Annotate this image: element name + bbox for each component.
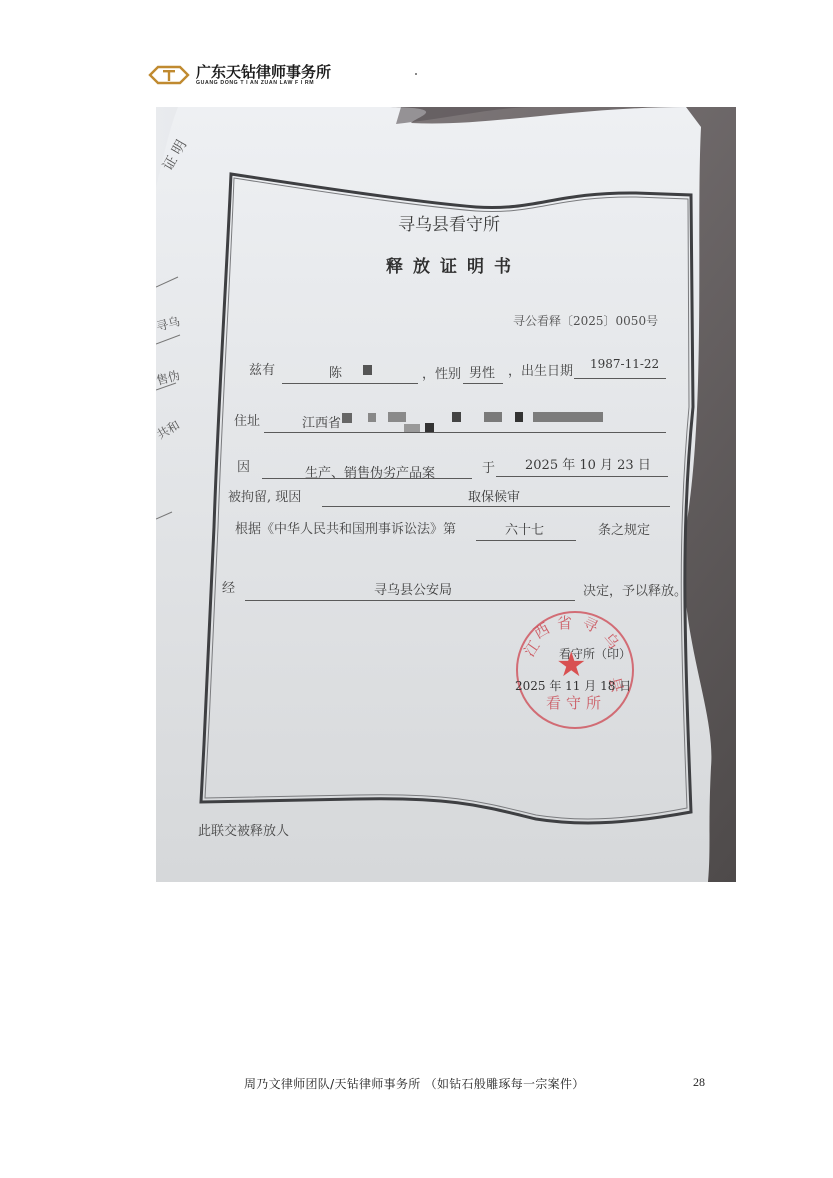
certificate-issuer: 寻乌县看守所 <box>398 210 500 235</box>
redaction-block <box>515 412 523 422</box>
birth-label: ，出生日期 <box>508 360 573 379</box>
authority-underline <box>245 600 575 601</box>
date-underline <box>496 476 668 477</box>
tianzuan-diamond-logo-icon <box>148 64 190 86</box>
name-value: 陈 <box>329 362 342 381</box>
reason-label: 因 <box>237 456 250 475</box>
law-suffix: 条之规定 <box>598 519 650 538</box>
redaction-block <box>533 412 603 422</box>
footer-text: 周乃文律师团队/天钻律师事务所 （如钻石般雕琢每一宗案件） <box>244 1075 585 1092</box>
redaction-block <box>363 365 372 375</box>
address-underline <box>264 432 666 433</box>
article-underline <box>476 540 576 541</box>
redaction-block <box>388 412 406 422</box>
page-number: 28 <box>693 1075 705 1090</box>
name-underline <box>282 383 418 384</box>
address-value: 江西省 <box>302 412 341 431</box>
seal-ring-text: 省 <box>557 612 572 633</box>
article-number: 六十七 <box>505 519 544 538</box>
redaction-block <box>452 412 461 422</box>
birth-value: 1987-11-22 <box>590 357 659 371</box>
redaction-block <box>484 412 502 422</box>
seal-label: 看守所（印） <box>559 645 631 662</box>
detention-date: 2025 年 10 月 23 日 <box>525 454 651 473</box>
firm-name-en: GUANG DONG T I AN ZUAN LAW F I RM <box>196 80 331 87</box>
gender-underline <box>463 383 503 384</box>
copy-note: 此联交被释放人 <box>198 820 289 839</box>
decision-text: 决定，予以释放。 <box>583 580 687 599</box>
date-prefix: 于 <box>482 457 495 476</box>
document-number: 寻公看释〔2025〕0050号 <box>513 312 658 329</box>
certificate-title: 释放证明书 <box>386 252 521 277</box>
issue-date: 2025 年 11 月 18 日 <box>515 677 631 694</box>
gender-value: 男性 <box>469 362 495 381</box>
redaction-block <box>342 413 352 423</box>
authority-prefix: 经 <box>222 577 235 596</box>
authority: 寻乌县公安局 <box>374 579 452 598</box>
gender-label: ，性别 <box>422 363 461 382</box>
name-label: 兹有 <box>249 359 275 378</box>
status-underline <box>322 506 670 507</box>
birth-underline <box>574 378 666 379</box>
stray-dot <box>415 73 417 75</box>
law-prefix: 根据《中华人民共和国刑事诉讼法》第 <box>235 518 456 537</box>
address-label: 住址 <box>234 410 260 429</box>
redaction-block <box>404 424 420 432</box>
case-underline <box>262 478 472 479</box>
seal-bottom-text: 看守所 <box>546 692 606 713</box>
current-status: 取保候审 <box>468 486 520 505</box>
redaction-block <box>368 413 376 422</box>
detained-label: 被拘留, 现因 <box>228 486 301 505</box>
firm-name-cn: 广东天钻律师事务所 <box>196 64 331 80</box>
firm-header: 广东天钻律师事务所 GUANG DONG T I AN ZUAN LAW F I… <box>148 60 331 90</box>
